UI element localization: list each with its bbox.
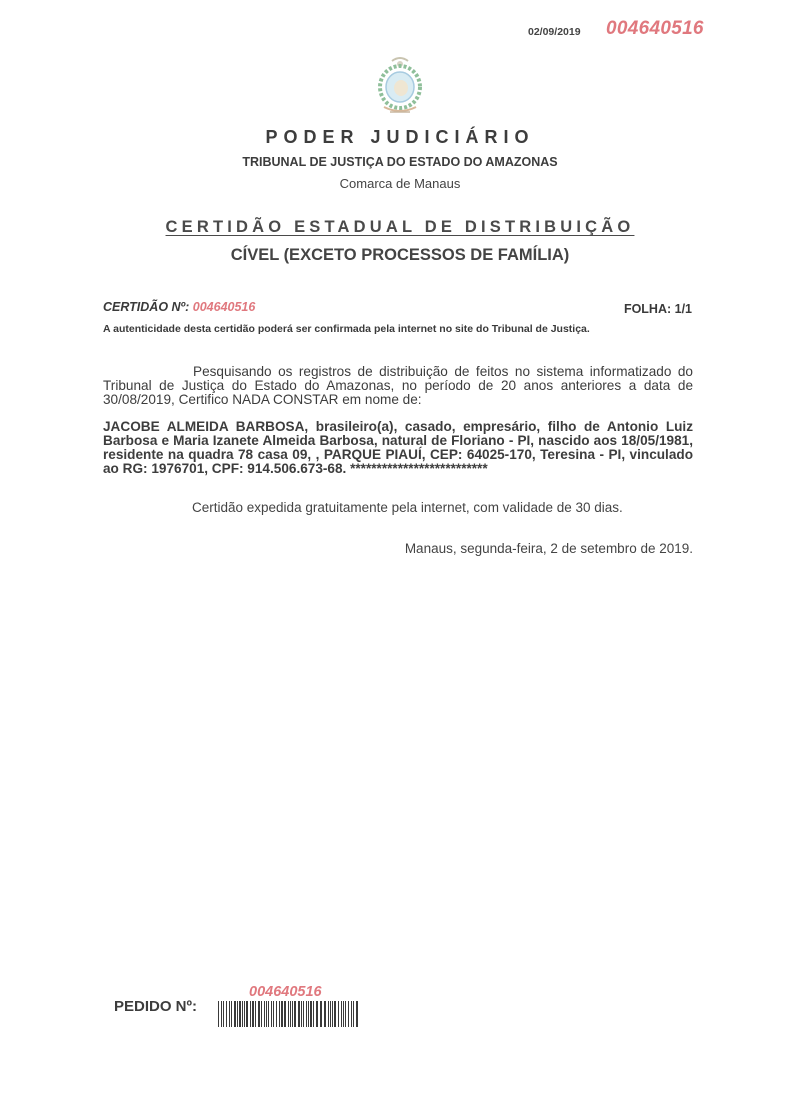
search-statement: Pesquisando os registros de distribuição… bbox=[103, 365, 693, 407]
certificate-number: 004640516 bbox=[193, 300, 256, 314]
district-name: Comarca de Manaus bbox=[0, 176, 800, 191]
authenticity-note: A autenticidade desta certidão poderá se… bbox=[103, 323, 590, 335]
certificate-title-text: CERTIDÃO ESTADUAL DE DISTRIBUIÇÃO bbox=[166, 218, 635, 236]
coat-of-arms-icon bbox=[370, 55, 430, 117]
institution-subtitle: TRIBUNAL DE JUSTIÇA DO ESTADO DO AMAZONA… bbox=[0, 155, 800, 169]
issue-date: 02/09/2019 bbox=[528, 26, 581, 38]
order-number: 004640516 bbox=[249, 984, 322, 1000]
document-number: 004640516 bbox=[606, 18, 704, 40]
order-label: PEDIDO Nº: bbox=[114, 998, 197, 1015]
certificate-number-line: CERTIDÃO Nº: 004640516 bbox=[103, 300, 255, 314]
page-count: FOLHA: 1/1 bbox=[620, 302, 692, 316]
certificate-subtitle: CÍVEL (EXCETO PROCESSOS DE FAMÍLIA) bbox=[0, 246, 800, 265]
validity-note: Certidão expedida gratuitamente pela int… bbox=[192, 500, 623, 515]
institution-title: PODER JUDICIÁRIO bbox=[0, 127, 800, 148]
place-and-date: Manaus, segunda-feira, 2 de setembro de … bbox=[388, 541, 693, 556]
certificate-number-label: CERTIDÃO Nº: bbox=[103, 300, 189, 314]
barcode-icon bbox=[218, 1001, 358, 1027]
certificate-title: CERTIDÃO ESTADUAL DE DISTRIBUIÇÃO bbox=[0, 218, 800, 237]
person-details: JACOBE ALMEIDA BARBOSA, brasileiro(a), c… bbox=[103, 420, 693, 476]
